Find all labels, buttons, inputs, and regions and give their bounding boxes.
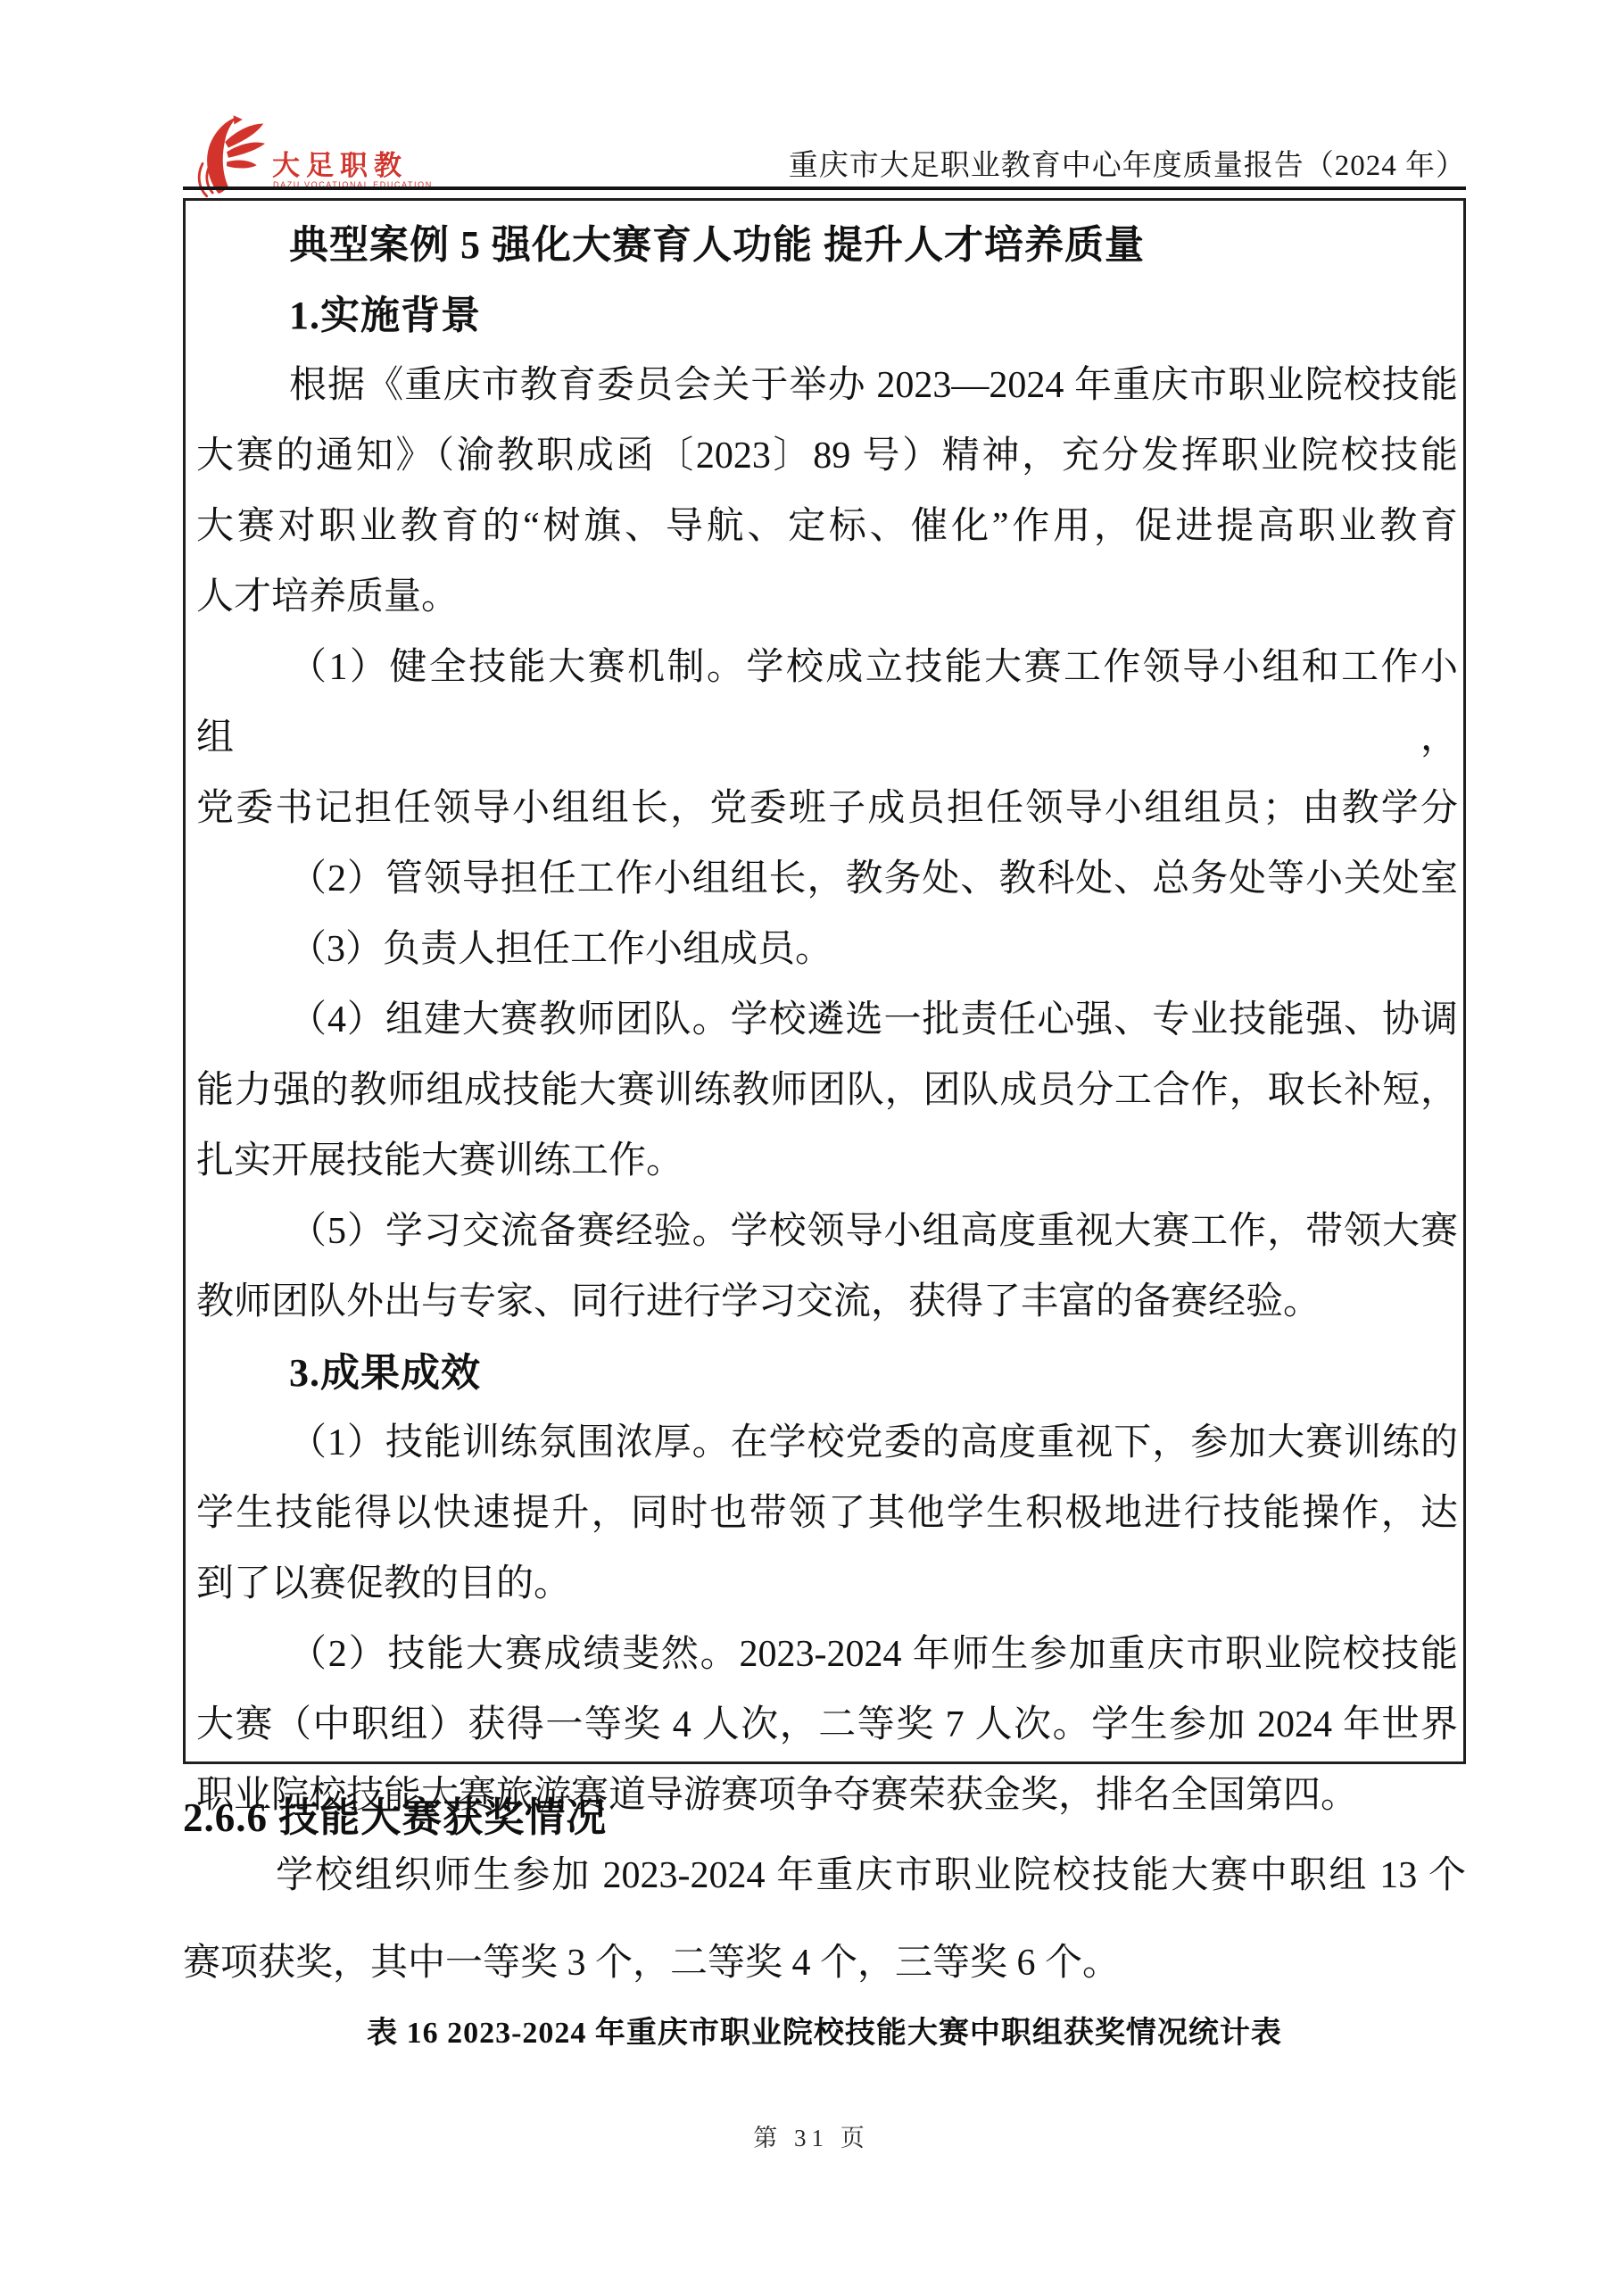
section-paragraph-line: 赛项获奖，其中一等奖 3 个，二等奖 4 个，三等奖 6 个。	[183, 1936, 1466, 1990]
case-line: （3）负责人担任工作小组成员。	[196, 915, 1458, 985]
case-line: 人才培养质量。	[196, 562, 1458, 633]
case-study-box: 典型案例 5 强化大赛育人功能 提升人才培养质量 1.实施背景 根据《重庆市教育…	[183, 198, 1466, 1764]
case-line: 大赛的通知》（渝教职成函〔2023〕89 号）精神，充分发挥职业院校技能	[196, 421, 1458, 492]
page-number: 第 31 页	[0, 2118, 1623, 2153]
section-paragraph-line: 学校组织师生参加 2023-2024 年重庆市职业院校技能大赛中职组 13 个	[183, 1849, 1466, 1902]
table-16-caption: 表 16 2023-2024 年重庆市职业院校技能大赛中职组获奖情况统计表	[183, 2008, 1466, 2051]
case-heading-1: 1.实施背景	[196, 280, 1458, 351]
header-divider	[183, 186, 1466, 190]
case-title: 典型案例 5 强化大赛育人功能 提升人才培养质量	[196, 210, 1458, 280]
case-line: 大赛对职业教育的“树旗、导航、定标、催化”作用，促进提高职业教育	[196, 492, 1458, 562]
case-line: （5）学习交流备赛经验。学校领导小组高度重视大赛工作，带领大赛	[196, 1197, 1458, 1267]
case-line: 扎实开展技能大赛训练工作。	[196, 1126, 1458, 1197]
case-line: （1）健全技能大赛机制。学校成立技能大赛工作领导小组和工作小组，	[196, 633, 1458, 774]
case-line: 根据《重庆市教育委员会关于举办 2023—2024 年重庆市职业院校技能	[196, 351, 1458, 421]
report-header-title: 重庆市大足职业教育中心年度质量报告（2024 年）	[183, 142, 1466, 184]
section-heading-2-6-6: 2.6.6 技能大赛获奖情况	[183, 1785, 607, 1843]
case-line: （4）组建大赛教师团队。学校遴选一批责任心强、专业技能强、协调	[196, 985, 1458, 1056]
case-line: 教师团队外出与专家、同行进行学习交流，获得了丰富的备赛经验。	[196, 1267, 1458, 1338]
case-line: 党委书记担任领导小组组长，党委班子成员担任领导小组组员；由教学分	[196, 774, 1458, 844]
case-line: （1）技能训练氛围浓厚。在学校党委的高度重视下，参加大赛训练的	[196, 1408, 1458, 1479]
case-heading-3: 3.成果成效	[196, 1338, 1458, 1408]
case-line: （2）技能大赛成绩斐然。2023-2024 年师生参加重庆市职业院校技能	[196, 1620, 1458, 1690]
case-line: 大赛（中职组）获得一等奖 4 人次，二等奖 7 人次。学生参加 2024 年世界	[196, 1690, 1458, 1761]
case-line: 到了以赛促教的目的。	[196, 1549, 1458, 1620]
case-line: （2）管领导担任工作小组组长，教务处、教科处、总务处等小关处室	[196, 844, 1458, 915]
case-line: 能力强的教师组成技能大赛训练教师团队，团队成员分工合作，取长补短，	[196, 1056, 1458, 1126]
case-line: 学生技能得以快速提升，同时也带领了其他学生积极地进行技能操作，达	[196, 1479, 1458, 1549]
